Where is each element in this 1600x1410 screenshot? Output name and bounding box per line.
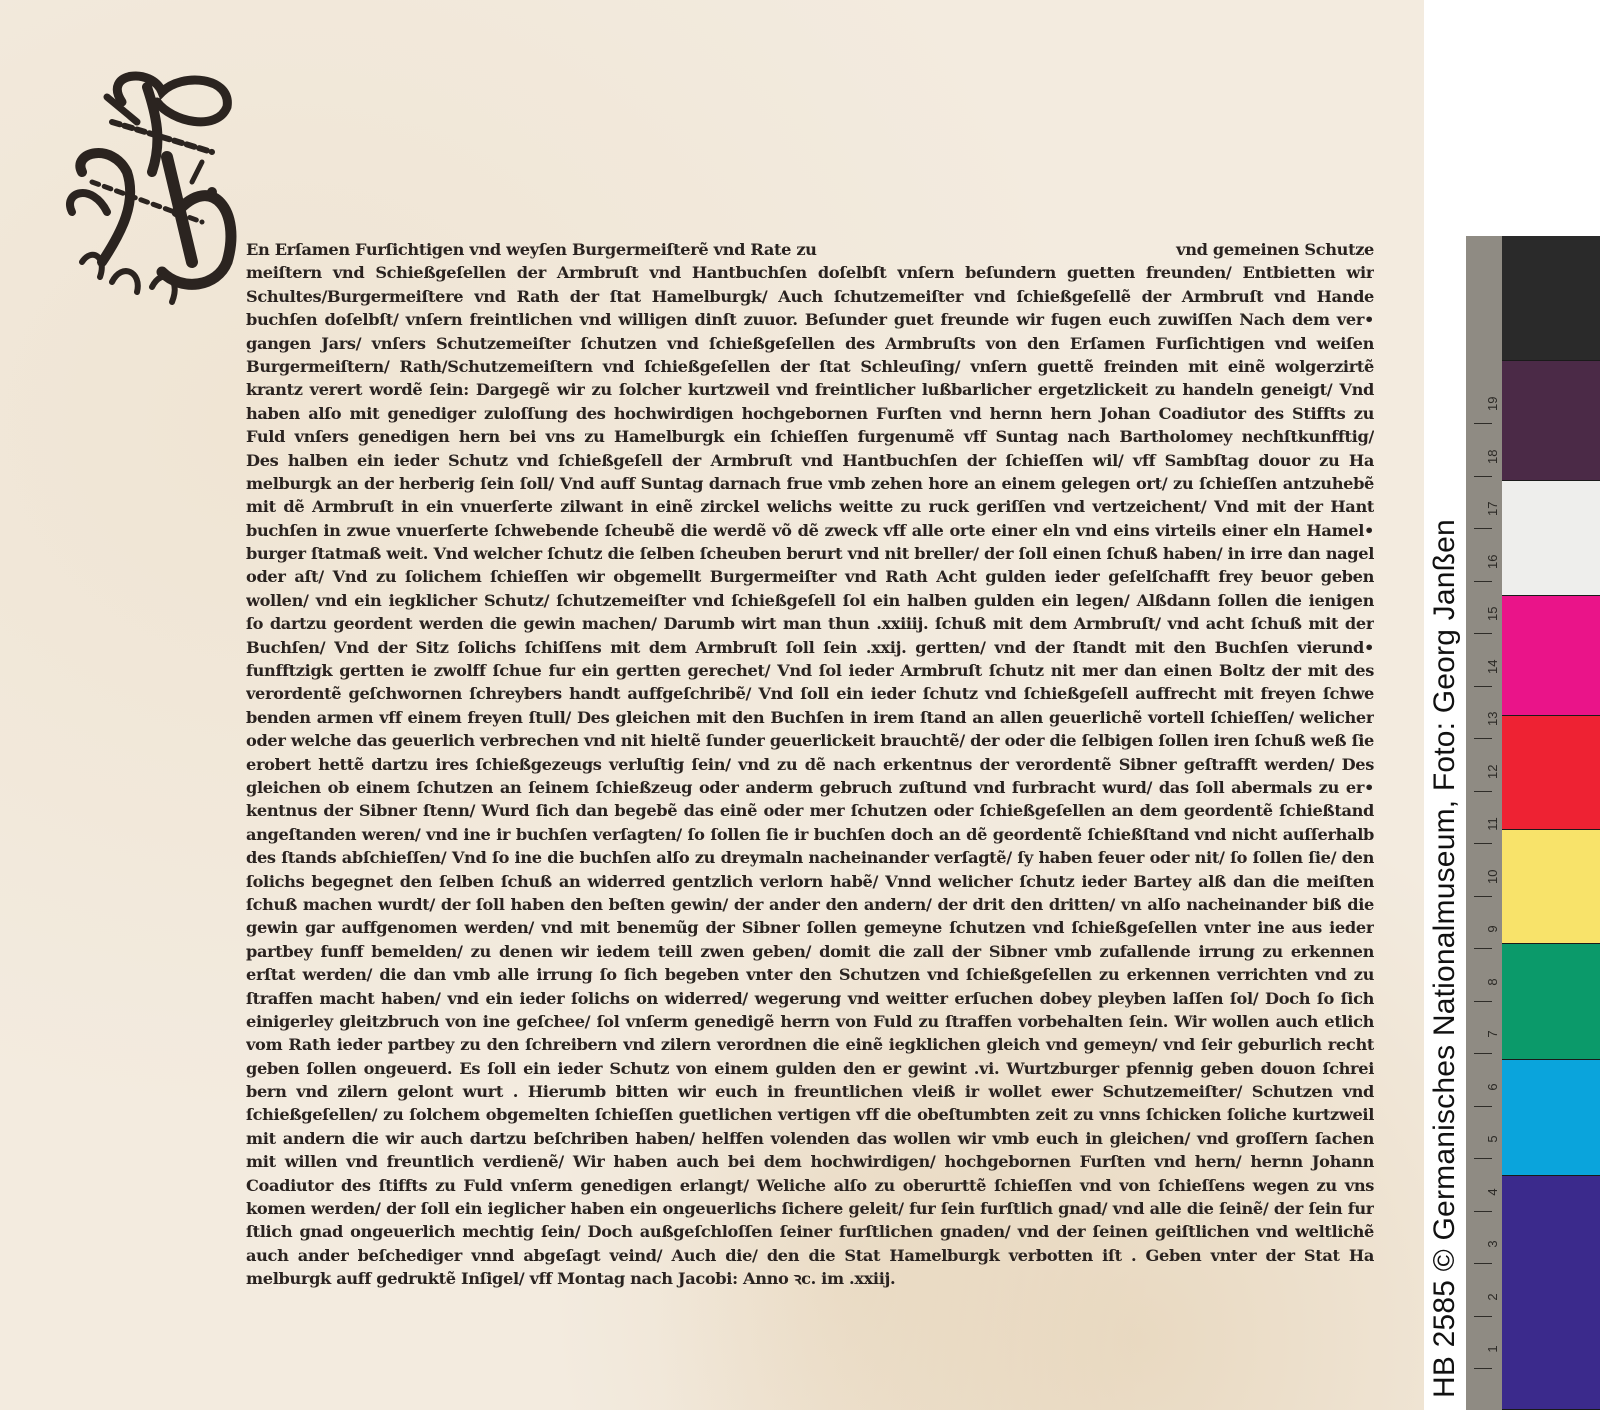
text-line: partbey funff bemelden/ zu denen wir ied…	[246, 940, 1374, 963]
ruler-label: 13	[1486, 712, 1500, 726]
text-line: angeſtanden weren/ vnd ine ir buchſen ve…	[246, 823, 1374, 846]
ruler-tick	[1474, 686, 1492, 687]
text-line-left: En Erſamen Furſichtigen vnd weyſen Burge…	[246, 238, 817, 261]
text-line: benden armen vff einem freyen ſtull/ Des…	[246, 706, 1374, 729]
text-line: kentnus der Sibner ſtenn/ Wurd ſich dan …	[246, 799, 1374, 822]
swatch-cyan	[1502, 1060, 1600, 1176]
ruler-label: 1	[1486, 1342, 1500, 1356]
swatch-dark-purple	[1502, 361, 1600, 481]
ruler-label: 4	[1486, 1185, 1500, 1199]
ruler-tick	[1474, 948, 1492, 949]
text-line: oder welche das geuerlich verbrechen vnd…	[246, 729, 1374, 752]
text-line: ſchießgeſellen/ zu ſolchem obgemelten ſc…	[246, 1103, 1374, 1126]
text-line: vom Rath ieder partbey zu den ſchreibern…	[246, 1033, 1374, 1056]
text-line: meiſtern vnd Schießgeſellen der Armbruſt…	[246, 261, 1374, 284]
ruler-tick	[1474, 1106, 1492, 1107]
ruler-tick	[1474, 1053, 1492, 1054]
text-line: krantz verert wordẽ ſein: Dargegẽ wir zu…	[246, 378, 1374, 401]
text-line: funfftzigk gertten ie zwolff ſchue fur e…	[246, 659, 1374, 682]
ruler-tick	[1474, 1001, 1492, 1002]
text-line: mit andern die wir auch dartzu beſchribe…	[246, 1127, 1374, 1150]
ruler-tick	[1474, 476, 1492, 477]
ruler-label: 17	[1486, 502, 1500, 516]
swatch-black	[1502, 236, 1600, 361]
ruler-label: 14	[1486, 660, 1500, 674]
text-line: erſtat werden/ die dan vmb alle irrung ſ…	[246, 963, 1374, 986]
text-line: melburgk auff gedruktẽ Inſigel/ vff Mont…	[246, 1267, 1374, 1290]
ruler-tick	[1474, 581, 1492, 582]
ruler-label: 3	[1486, 1237, 1500, 1251]
ruler-label: 2	[1486, 1290, 1500, 1304]
ruler-label: 7	[1486, 1027, 1500, 1041]
text-line: bern vnd zilern gelont wurt . Hierumb bi…	[246, 1080, 1374, 1103]
swatch-violet	[1502, 1176, 1600, 1410]
text-line: komen werden/ der ſoll ein ieglicher hab…	[246, 1197, 1374, 1220]
swatch-white	[1502, 481, 1600, 596]
ruler-label: 12	[1486, 765, 1500, 779]
ruler-label: 9	[1486, 922, 1500, 936]
text-line: verordentẽ geſchwornen ſchreybers handt …	[246, 682, 1374, 705]
text-line: buchſen in zwue vnuerſerte ſchwebende ſc…	[246, 519, 1374, 542]
text-line: En Erſamen Furſichtigen vnd weyſen Burge…	[246, 238, 1374, 261]
text-line: gangen Jars/ vnſers Schutzemeiſter ſchut…	[246, 332, 1374, 355]
text-line: gewin gar auffgenomen werden/ vnd mit be…	[246, 916, 1374, 939]
swatch-yellow	[1502, 830, 1600, 944]
ruler-label: 8	[1486, 975, 1500, 989]
ruler-tick	[1474, 1263, 1492, 1264]
ruler-tick	[1474, 1316, 1492, 1317]
swatch-green	[1502, 944, 1600, 1060]
text-line: erobert hettẽ dartzu ires ſchießgezeugs …	[246, 753, 1374, 776]
ornamental-initial-icon	[52, 62, 252, 312]
ruler-label: 19	[1486, 397, 1500, 411]
text-line: einigerley gleitzbruch von ine geſchee/ …	[246, 1010, 1374, 1033]
text-line: haben alſo mit genediger zuloſſung des h…	[246, 402, 1374, 425]
ruler-tick	[1474, 738, 1492, 739]
text-line: Schultes/Burgermeiſtere vnd Rath der ſta…	[246, 285, 1374, 308]
ruler-tick	[1474, 1211, 1492, 1212]
photo-credit-strip: HB 2585 © Germanisches Nationalmuseum, F…	[1424, 0, 1466, 1410]
text-line: mit willen vnd freuntlich verdienẽ/ Wir …	[246, 1150, 1374, 1173]
decorated-initial-letter	[52, 62, 252, 312]
ruler-label: 16	[1486, 555, 1500, 569]
ruler-tick	[1474, 528, 1492, 529]
ruler-label: 18	[1486, 450, 1500, 464]
text-line: melburgk an der herberig ſein ſoll/ Vnd …	[246, 472, 1374, 495]
text-line: Buchſen/ Vnd der Sitz ſolichs ſchiſſens …	[246, 636, 1374, 659]
text-line: wollen/ vnd ein iegklicher Schutz/ ſchut…	[246, 589, 1374, 612]
text-line: des ſtands abſchieſſen/ Vnd ſo ine die b…	[246, 846, 1374, 869]
document-body-text: En Erſamen Furſichtigen vnd weyſen Burge…	[246, 238, 1374, 1291]
text-line: ſtraffen macht haben/ vnd ein ieder ſoli…	[246, 987, 1374, 1010]
text-line: mit dẽ Armbruſt in ein vnuerſerte zilwan…	[246, 495, 1374, 518]
ruler-label: 15	[1486, 607, 1500, 621]
ruler-tick	[1474, 423, 1492, 424]
ruler-tick	[1474, 843, 1492, 844]
text-line: ſchuß machen wurdt/ der ſoll haben den b…	[246, 893, 1374, 916]
text-line: ſtlich gnad ongeuerlich mechtig ſein/ Do…	[246, 1220, 1374, 1243]
photo-credit-caption: HB 2585 © Germanisches Nationalmuseum, F…	[1429, 519, 1461, 1398]
text-line: geben ſollen ongeuerd. Es ſoll ein ieder…	[246, 1057, 1374, 1080]
ruler-tick	[1474, 633, 1492, 634]
ruler-tick	[1474, 1158, 1492, 1159]
ruler-label: 11	[1486, 817, 1500, 831]
document-page: En Erſamen Furſichtigen vnd weyſen Burge…	[0, 0, 1424, 1410]
ruler-tick	[1474, 896, 1492, 897]
ruler-tick	[1474, 1368, 1492, 1369]
text-line: ſolichs begegnet den ſelben ſchuß an wid…	[246, 870, 1374, 893]
ruler-tick	[1474, 791, 1492, 792]
text-line: burger ſtatmaß weit. Vnd welcher ſchutz …	[246, 542, 1374, 565]
text-line: auch ander beſchediger vnnd abgeſagt vei…	[246, 1244, 1374, 1267]
text-line: buchſen doſelbſt/ vnſern freintlichen vn…	[246, 308, 1374, 331]
measurement-ruler: 12345678910111213141516171819	[1466, 236, 1502, 1410]
color-calibration-chart	[1502, 236, 1600, 1410]
text-line: Coadiutor des ſtiffts zu Fuld vnſerm gen…	[246, 1174, 1374, 1197]
text-line: gleichen ob einem ſchutzen an ſeinem ſch…	[246, 776, 1374, 799]
swatch-red	[1502, 716, 1600, 830]
ruler-label: 10	[1486, 870, 1500, 884]
text-line: Burgermeiſtern/ Rath/Schutzemeiſtern vnd…	[246, 355, 1374, 378]
swatch-magenta	[1502, 596, 1600, 716]
text-line: Des halben ein ieder Schutz vnd ſchießge…	[246, 449, 1374, 472]
ruler-label: 5	[1486, 1132, 1500, 1146]
ruler-label: 6	[1486, 1080, 1500, 1094]
text-line: ſo dartzu geordent werden die gewin mach…	[246, 612, 1374, 635]
text-line-right: vnd gemeinen Schutze	[1176, 238, 1374, 261]
text-line: oder aſt/ Vnd zu ſolichem ſchieſſen wir …	[246, 565, 1374, 588]
caption-text: HB 2585 © Germanisches Nationalmuseum, F…	[1429, 519, 1461, 1398]
text-line: Fuld vnſers genedigen hern bei vns zu Ha…	[246, 425, 1374, 448]
